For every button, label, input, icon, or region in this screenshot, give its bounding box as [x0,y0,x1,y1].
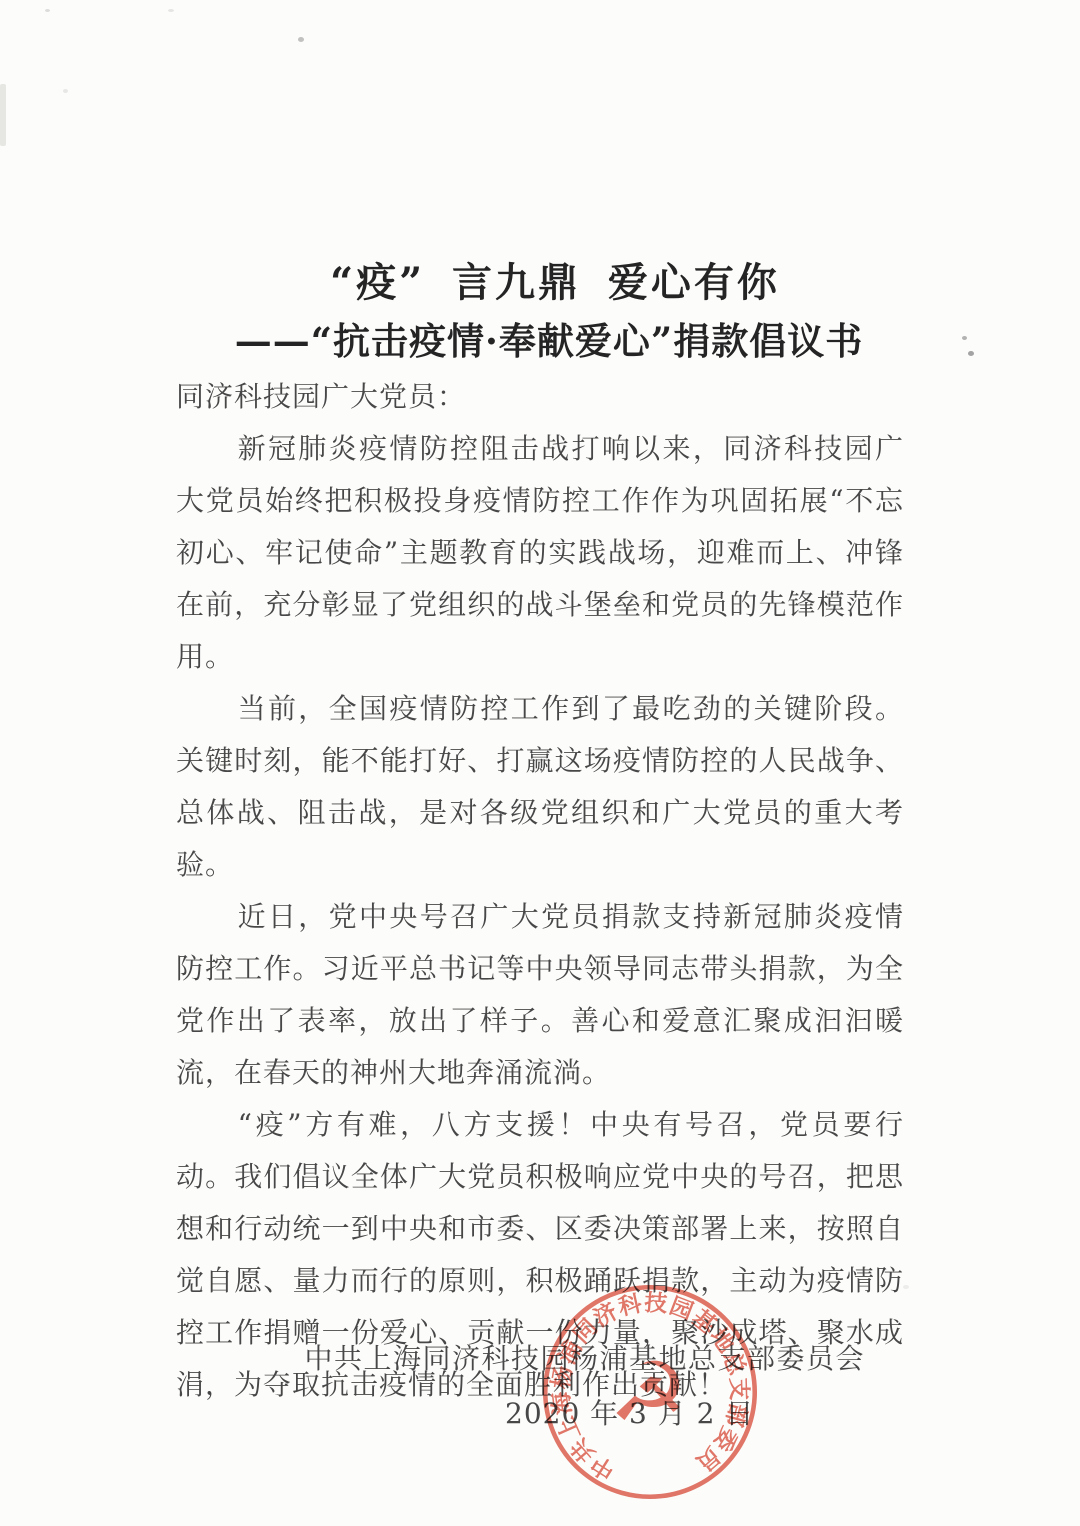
scan-speck [45,9,50,12]
scan-edge-artifact [0,84,6,146]
scan-speck [63,89,68,93]
document-subtitle: ——“抗击疫情·奉献爱心”捐款倡议书 [0,320,1080,363]
seal-graphic: 中共上海杨浦同济科技园基地总支部委员会 ☭ [516,1258,784,1526]
scan-speck [962,336,967,340]
scanned-document-page: “疫” 言九鼎 爱心有你 ——“抗击疫情·奉献爱心”捐款倡议书 同济科技园广大党… [0,0,1080,1526]
salutation: 同济科技园广大党员： [176,371,904,423]
paragraph-1: 新冠肺炎疫情防控阻击战打响以来，同济科技园广大党员始终把积极投身疫情防控工作作为… [176,423,904,683]
official-seal-stamp: 中共上海杨浦同济科技园基地总支部委员会 ☭ [516,1258,784,1526]
document-title: “疫” 言九鼎 爱心有你 [0,260,1080,306]
scan-speck [168,9,174,12]
document-body: 同济科技园广大党员： 新冠肺炎疫情防控阻击战打响以来，同济科技园广大党员始终把积… [176,371,904,1411]
paragraph-3: 近日，党中央号召广大党员捐款支持新冠肺炎疫情防控工作。习近平总书记等中央领导同志… [176,891,904,1099]
scan-speck [903,1285,909,1289]
hammer-and-sickle-icon: ☭ [607,1341,693,1447]
scan-speck [298,37,304,42]
scan-speck [968,351,974,356]
paragraph-2: 当前，全国疫情防控工作到了最吃劲的关键阶段。关键时刻，能不能打好、打赢这场疫情防… [176,683,904,891]
